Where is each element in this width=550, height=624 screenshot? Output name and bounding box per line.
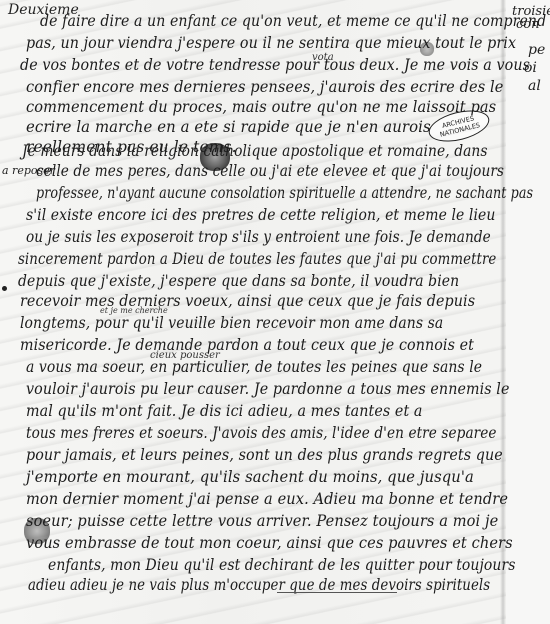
closing-rule [277, 592, 397, 593]
manuscript-line: professee, n'ayant aucune consolation sp… [36, 184, 533, 202]
manuscript-line: sincerement pardon a Dieu de toutes les … [18, 250, 496, 268]
manuscript-line: vouloir j'aurois pu leur causer. Je pard… [26, 380, 509, 398]
manuscript-line: depuis que j'existe, j'espere que dans s… [18, 272, 459, 290]
facing-page-fragment: al [528, 78, 541, 94]
manuscript-line: recevoir mes derniers voeux, ainsi que c… [20, 292, 475, 310]
manuscript-line: soeur; puisse cette lettre vous arriver.… [26, 512, 498, 530]
facing-page-edge: troisie con pe oi al [506, 0, 550, 624]
manuscript-line: longtems, pour qu'il veuille bien recevo… [20, 314, 443, 332]
manuscript-line: misericorde. Je demande pardon a tout ce… [20, 336, 474, 354]
manuscript-line: enfants, mon Dieu qu'il est dechirant de… [48, 556, 515, 574]
manuscript-line: s'il existe encore ici des pretres de ce… [26, 206, 495, 224]
manuscript-line: adieu adieu je ne vais plus m'occuper qu… [28, 576, 490, 594]
manuscript-line: mal qu'ils m'ont fait. Je dis ici adieu,… [26, 402, 423, 420]
ink-blot [2, 286, 7, 291]
manuscript-line: tous mes freres et soeurs. J'avois des a… [26, 424, 497, 442]
manuscript-line: mon dernier moment j'ai pense a eux. Adi… [26, 490, 508, 508]
manuscript-line: j'emporte en mourant, qu'ils sachent du … [26, 468, 474, 486]
manuscript-line: commencement du proces, mais outre qu'on… [26, 98, 496, 116]
manuscript-line: Je meurs dans la religion catholique apo… [22, 142, 488, 160]
facing-page-fragment: pe [528, 42, 545, 58]
manuscript-line: pas, un jour viendra j'espere ou il ne s… [26, 34, 516, 52]
manuscript-line: ou je suis les exposeroit trop s'ils y e… [26, 228, 491, 246]
manuscript-line: de faire dire a un enfant ce qu'on veut,… [40, 12, 546, 30]
manuscript-line: de vos bontes et de votre tendresse pour… [20, 56, 530, 74]
manuscript-line: confier encore mes dernieres pensees, j'… [26, 78, 504, 96]
manuscript-page: troisie con pe oi al Deuxieme a reposer … [0, 0, 550, 624]
manuscript-line: ecrire la marche en a ete si rapide que … [26, 118, 431, 136]
manuscript-line: a vous ma soeur, en particulier, de tout… [26, 358, 482, 376]
manuscript-line: celle de mes peres, dans celle ou j'ai e… [36, 162, 504, 180]
manuscript-line: vous embrasse de tout mon coeur, ainsi q… [26, 534, 513, 552]
manuscript-line: pour jamais, et leurs peines, sont un de… [26, 446, 503, 464]
